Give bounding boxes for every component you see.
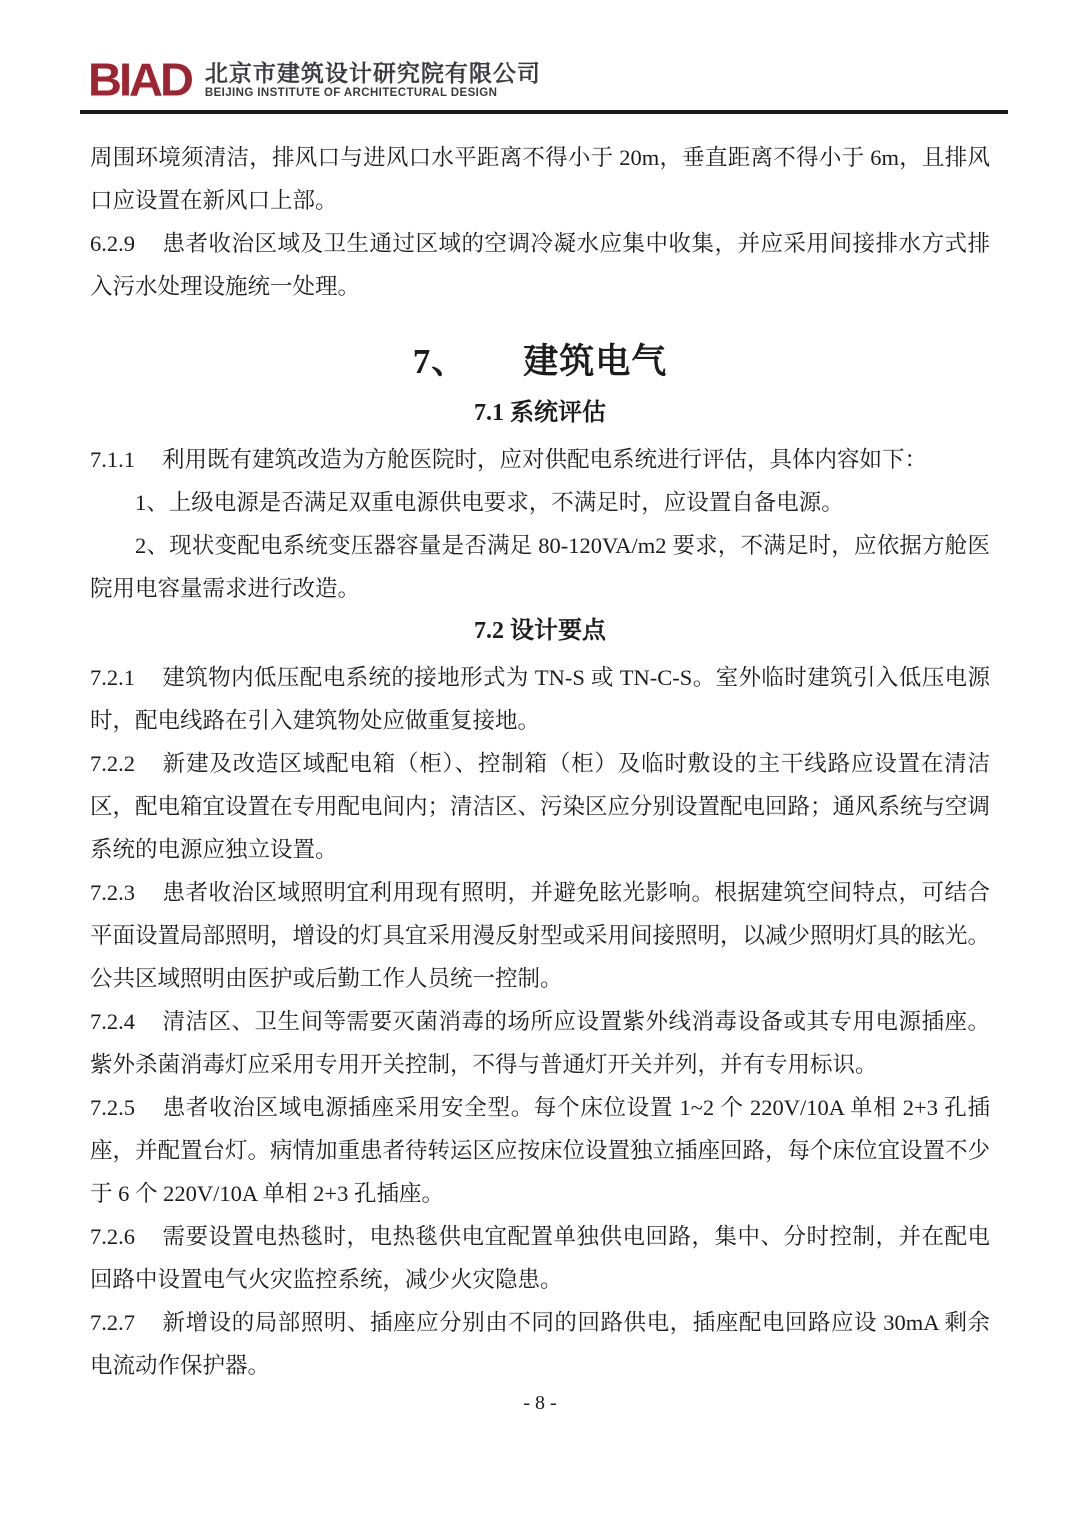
clause-number: 7.2.7 bbox=[90, 1310, 135, 1335]
para-7-2-2: 7.2.2新建及改造区域配电箱（柜）、控制箱（柜）及临时敷设的主干线路应设置在清… bbox=[90, 742, 990, 871]
company-name-en: BEIJING INSTITUTE OF ARCHITECTURAL DESIG… bbox=[205, 86, 541, 101]
document-page: BIAD 北京市建筑设计研究院有限公司 BEIJING INSTITUTE OF… bbox=[0, 0, 1080, 1528]
para-6-2-9: 6.2.9患者收治区域及卫生通过区域的空调冷凝水应集中收集，并应采用间接排水方式… bbox=[90, 222, 990, 308]
para-7-2-6: 7.2.6需要设置电热毯时，电热毯供电宜配置单独供电回路，集中、分时控制，并在配… bbox=[90, 1215, 990, 1301]
list-item-1: 1、上级电源是否满足双重电源供电要求，不满足时，应设置自备电源。 bbox=[90, 481, 990, 524]
para-continuation: 周围环境须清洁，排风口与进风口水平距离不得小于 20m，垂直距离不得小于 6m，… bbox=[90, 136, 990, 222]
clause-number: 6.2.9 bbox=[90, 231, 135, 256]
clause-number: 7.2.1 bbox=[90, 665, 135, 690]
chapter-number: 7、 bbox=[413, 342, 468, 381]
document-content: 周围环境须清洁，排风口与进风口水平距离不得小于 20m，垂直距离不得小于 6m，… bbox=[0, 114, 1080, 1417]
clause-number: 7.2.3 bbox=[90, 880, 135, 905]
list-item-2: 2、现状变配电系统变压器容量是否满足 80-120VA/m2 要求，不满足时，应… bbox=[90, 524, 990, 610]
brand-row: BIAD 北京市建筑设计研究院有限公司 BEIJING INSTITUTE OF… bbox=[88, 58, 1002, 102]
para-7-2-3: 7.2.3患者收治区域照明宜利用现有照明，并避免眩光影响。根据建筑空间特点，可结… bbox=[90, 871, 990, 1000]
page-header: BIAD 北京市建筑设计研究院有限公司 BEIJING INSTITUTE OF… bbox=[0, 0, 1080, 114]
page-number: - 8 - bbox=[90, 1389, 990, 1417]
company-names: 北京市建筑设计研究院有限公司 BEIJING INSTITUTE OF ARCH… bbox=[205, 58, 541, 101]
biad-logo: BIAD bbox=[88, 58, 191, 101]
chapter-7-heading: 7、建筑电气 bbox=[90, 338, 990, 386]
clause-number: 7.2.2 bbox=[90, 751, 135, 776]
para-7-2-1: 7.2.1建筑物内低压配电系统的接地形式为 TN-S 或 TN-C-S。室外临时… bbox=[90, 656, 990, 742]
para-7-1-1: 7.1.1利用既有建筑改造为方舱医院时，应对供配电系统进行评估，具体内容如下： bbox=[90, 438, 990, 481]
clause-number: 7.2.6 bbox=[90, 1224, 135, 1249]
para-7-2-4: 7.2.4清洁区、卫生间等需要灭菌消毒的场所应设置紫外线消毒设备或其专用电源插座… bbox=[90, 1000, 990, 1086]
section-7-1-heading: 7.1 系统评估 bbox=[90, 396, 990, 430]
clause-number: 7.1.1 bbox=[90, 447, 135, 472]
para-7-2-5: 7.2.5患者收治区域电源插座采用安全型。每个床位设置 1~2 个 220V/1… bbox=[90, 1086, 990, 1215]
company-name-cn: 北京市建筑设计研究院有限公司 bbox=[205, 60, 541, 86]
section-7-2-heading: 7.2 设计要点 bbox=[90, 614, 990, 648]
clause-number: 7.2.4 bbox=[90, 1009, 135, 1034]
clause-number: 7.2.5 bbox=[90, 1095, 135, 1120]
para-7-2-7: 7.2.7新增设的局部照明、插座应分别由不同的回路供电，插座配电回路应设 30m… bbox=[90, 1301, 990, 1387]
chapter-title: 建筑电气 bbox=[523, 342, 667, 381]
